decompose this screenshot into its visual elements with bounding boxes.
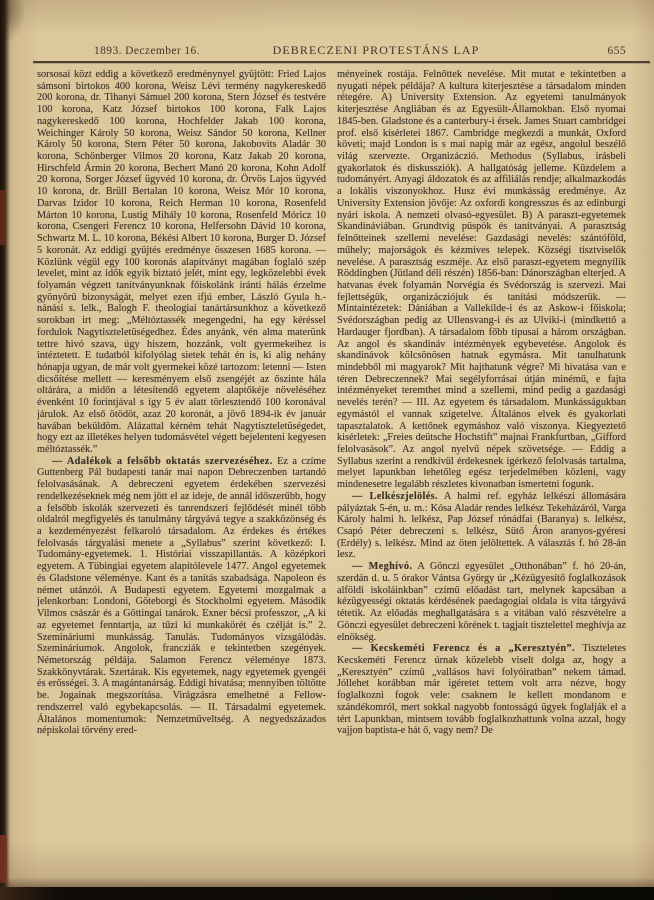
page-header: 1893. Deczember 16. DEBRECZENI PROTESTÁN… [36, 43, 632, 59]
paragraph-text: sorsosai közt eddig a következő eredmény… [37, 69, 326, 455]
binding-red-mark [0, 835, 7, 883]
issue-date: 1893. Deczember 16. [36, 45, 246, 57]
scan-bottom-edge [0, 887, 654, 900]
paragraph-text: Ez a czíme Guttenberg Pál budapesti taná… [37, 456, 326, 737]
paragraph-text: A Gönczi egyesület „Otthonában” f. hó 20… [337, 561, 626, 642]
binding-red-mark [0, 190, 6, 245]
page-bottom-shadow [0, 877, 654, 887]
paragraph-text: Tiszteletes Kecskeméti Ferencz úrnak köz… [337, 643, 626, 736]
paragraph-meghivo: — Meghívó. A Gönczi egyesület „Otthonába… [337, 561, 626, 643]
paragraph-lead: — Meghívó. [352, 561, 412, 572]
paragraph-lead: — Adalékok a felsőbb oktatás szervezéséh… [52, 456, 273, 467]
paragraph-text: ményeinek rostája. Felnőttek nevelése. M… [337, 69, 626, 490]
right-column: ményeinek rostája. Felnőttek nevelése. M… [337, 69, 626, 854]
page-number: 655 [506, 45, 632, 57]
paragraph-donations: sorsosai közt eddig a következő eredmény… [37, 69, 326, 456]
left-column: sorsosai közt eddig a következő eredmény… [37, 69, 326, 854]
paragraph-syllabus-continued: ményeinek rostája. Felnőttek nevelése. M… [337, 69, 626, 491]
book-binding-edge [0, 0, 10, 900]
paragraph-kecskemeti: — Kecskeméti Ferencz és a „Keresztyén”. … [337, 643, 626, 737]
paragraph-lead: — Kecskeméti Ferencz és a „Keresztyén”. [352, 643, 575, 654]
text-columns: sorsosai közt eddig a következő eredmény… [37, 69, 626, 854]
masthead-title: DEBRECZENI PROTESTÁNS LAP [246, 43, 506, 58]
paragraph-adalekok: — Adalékok a felsőbb oktatás szervezéséh… [37, 456, 326, 737]
newspaper-page: 1893. Deczember 16. DEBRECZENI PROTESTÁN… [0, 0, 654, 900]
paragraph-lead: — Lelkészjelölés. [352, 491, 438, 502]
paragraph-lelkeszjeloles: — Lelkészjelölés. A halmi ref. egyház le… [337, 491, 626, 561]
header-rule [33, 61, 650, 63]
